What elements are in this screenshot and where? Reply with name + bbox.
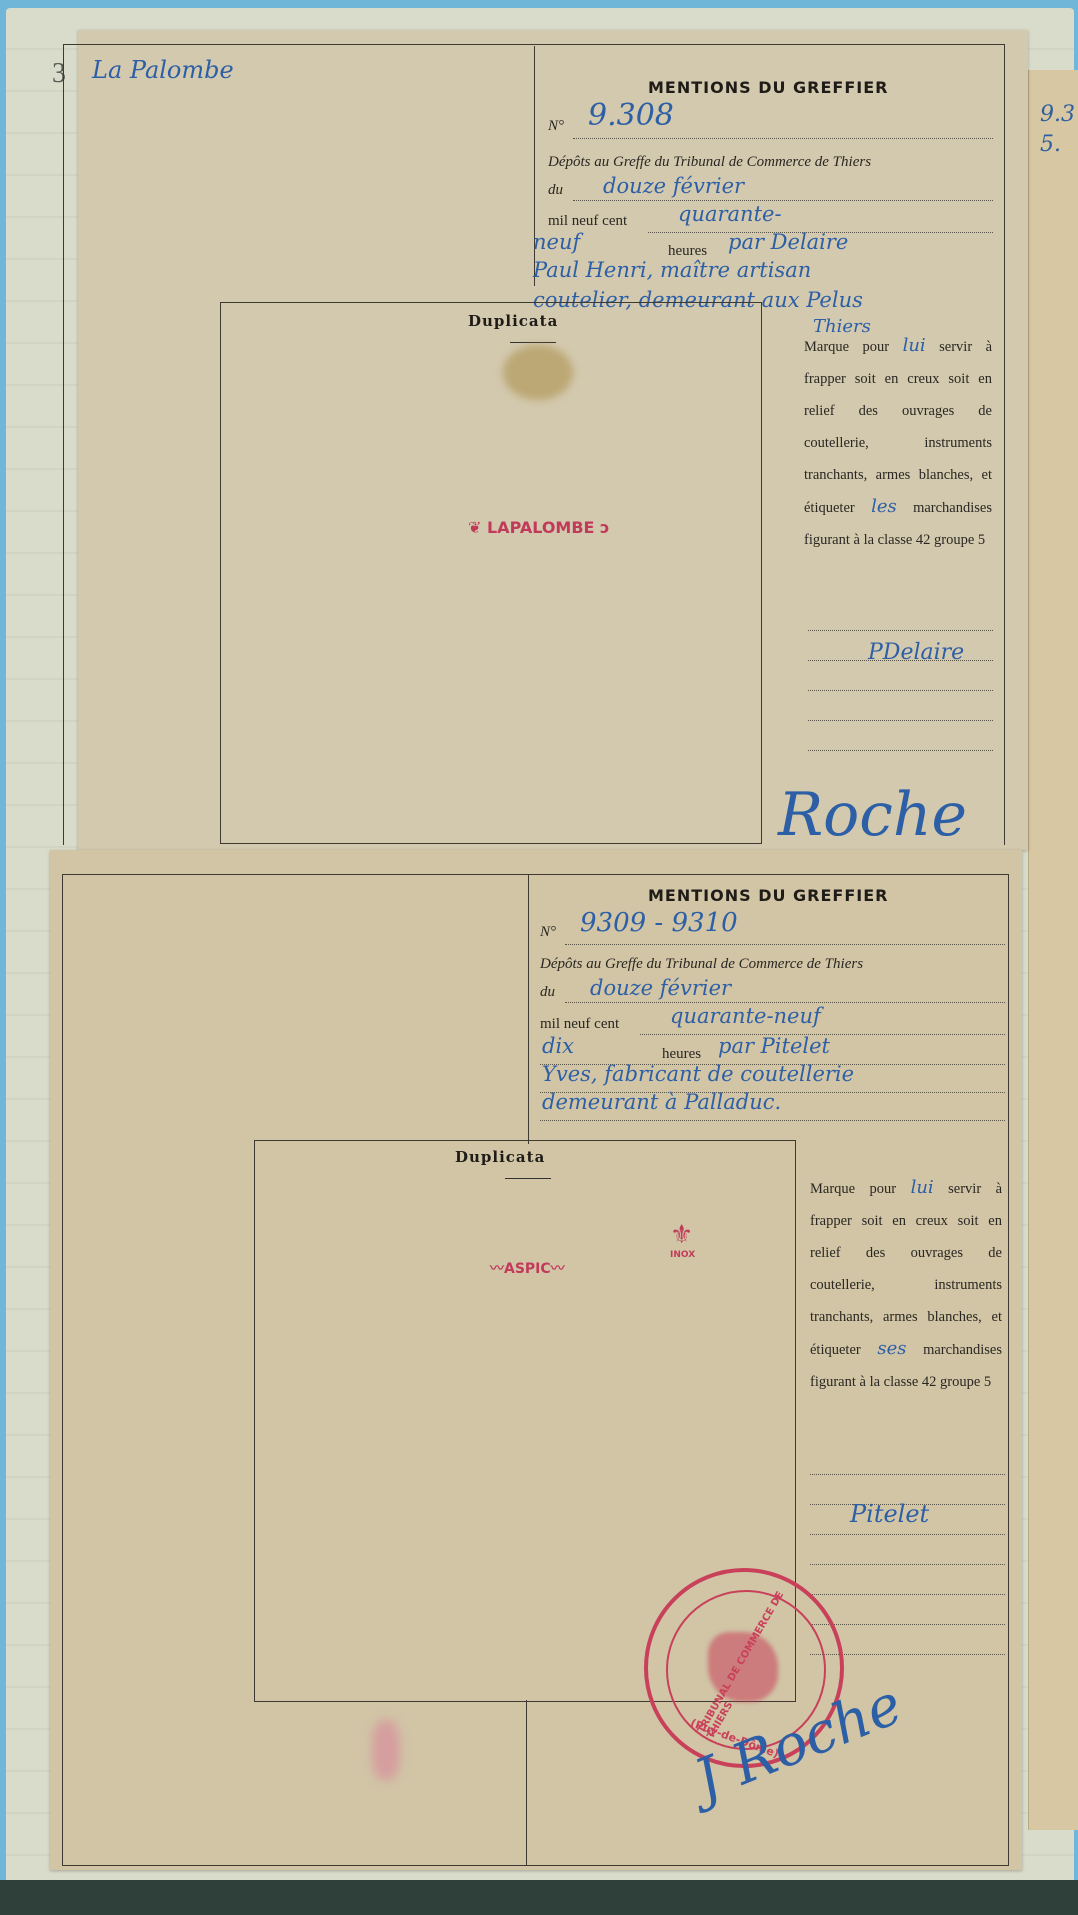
dotted-line bbox=[810, 1534, 1005, 1535]
hours-value: par Delaire bbox=[728, 230, 848, 254]
mentions-heading: MENTIONS DU GREFFIER bbox=[648, 78, 888, 97]
du-label: du bbox=[548, 182, 563, 199]
mark-text: servir à frapper soit en creux soit en r… bbox=[804, 339, 992, 516]
trademark-stamp-monogram: ⚜ INOX bbox=[670, 1220, 695, 1260]
adjacent-card-note: 9.3 5. bbox=[1040, 100, 1078, 160]
stamp-text: LAPALOMBE bbox=[487, 518, 595, 537]
stamp-text: INOX bbox=[670, 1250, 695, 1260]
mark-handwritten: les bbox=[871, 496, 897, 517]
hours-label: heures bbox=[662, 1046, 701, 1063]
dotted-line bbox=[810, 1474, 1005, 1475]
trademark-stamp: ❦ LAPALOMBE ↄ bbox=[468, 518, 610, 537]
hours-value-pre: dix bbox=[542, 1034, 574, 1058]
depositor-address: demeurant à Palladuc. bbox=[542, 1090, 781, 1114]
applicant-signature: PDelaire bbox=[868, 640, 964, 665]
year-value: quarante-neuf bbox=[670, 1004, 821, 1028]
depots-label: Dépôts au Greffe du Tribunal de Commerce… bbox=[540, 956, 863, 973]
seal-emblem bbox=[708, 1632, 778, 1702]
stain bbox=[503, 345, 573, 400]
date-value: douze février bbox=[590, 976, 731, 1000]
registration-number: 9309 - 9310 bbox=[580, 908, 738, 938]
mentions-heading: MENTIONS DU GREFFIER bbox=[648, 886, 888, 905]
date-value: douze février bbox=[603, 174, 744, 198]
mark-text: Marque pour bbox=[804, 339, 889, 355]
year-label: mil neuf cent bbox=[548, 213, 627, 230]
dotted-line bbox=[573, 200, 993, 201]
dotted-line bbox=[565, 944, 1005, 945]
mark-handwritten: lui bbox=[911, 1177, 934, 1198]
dotted-line bbox=[808, 690, 993, 691]
dotted-line bbox=[810, 1594, 1005, 1595]
depositor-name: Yves, fabricant de coutellerie bbox=[542, 1062, 854, 1086]
dotted-line bbox=[808, 720, 993, 721]
dotted-line bbox=[808, 630, 993, 631]
trademark-stamp-aspic: 〰ASPIC〰 bbox=[490, 1258, 565, 1278]
dotted-line bbox=[565, 1002, 1005, 1003]
serpent-icon: 〰 bbox=[551, 1261, 565, 1277]
red-smudge bbox=[372, 1720, 400, 1780]
duplicata-label: Duplicata bbox=[455, 1148, 545, 1166]
mark-handwritten: lui bbox=[903, 335, 926, 356]
dotted-line bbox=[810, 1564, 1005, 1565]
year-label: mil neuf cent bbox=[540, 1016, 619, 1033]
duplicata-box bbox=[220, 302, 762, 844]
monogram-icon: ⚜ bbox=[670, 1220, 693, 1250]
margin-note: La Palombe bbox=[92, 56, 234, 84]
dotted-line bbox=[540, 1120, 1005, 1121]
year-value: quarante- bbox=[678, 202, 782, 226]
mark-description: Marque pour lui servir à frapper soit en… bbox=[804, 330, 992, 556]
mark-text: Marque pour bbox=[810, 1181, 896, 1197]
registration-card-1: La Palombe MENTIONS DU GREFFIER N° 9.308… bbox=[78, 30, 1028, 850]
rule bbox=[505, 1178, 551, 1179]
serpent-icon: 〰 bbox=[490, 1261, 504, 1277]
hours-value: par Pitelet bbox=[718, 1034, 830, 1058]
mark-text: servir à frapper soit en creux soit en r… bbox=[810, 1181, 1002, 1358]
stamp-emblem-icon: ❦ bbox=[468, 518, 487, 537]
registration-card-2: MENTIONS DU GREFFIER N° 9309 - 9310 Dépô… bbox=[50, 850, 1022, 1870]
stamp-emblem-icon: ↄ bbox=[594, 518, 609, 537]
number-label: N° bbox=[548, 118, 564, 135]
adjacent-card-edge bbox=[1028, 70, 1078, 1830]
stamp-text: ASPIC bbox=[504, 1261, 551, 1277]
dotted-line bbox=[573, 138, 993, 139]
applicant-signature: Pitelet bbox=[850, 1500, 929, 1528]
number-label: N° bbox=[540, 924, 556, 941]
divider bbox=[526, 1700, 527, 1865]
year-value-cont: neuf bbox=[533, 230, 580, 254]
greffier-signature: Roche bbox=[778, 780, 967, 850]
depots-label: Dépôts au Greffe du Tribunal de Commerce… bbox=[548, 154, 871, 171]
rule bbox=[510, 342, 556, 343]
depositor-name: Paul Henri, maître artisan bbox=[533, 258, 811, 282]
mark-description: Marque pour lui servir à frapper soit en… bbox=[810, 1172, 1002, 1398]
duplicata-label: Duplicata bbox=[468, 312, 558, 330]
dotted-line bbox=[808, 750, 993, 751]
divider bbox=[528, 874, 529, 1144]
registration-number: 9.308 bbox=[588, 98, 674, 133]
dotted-line bbox=[810, 1624, 1005, 1625]
du-label: du bbox=[540, 984, 555, 1001]
mark-handwritten: ses bbox=[877, 1338, 906, 1359]
table-surface bbox=[0, 1880, 1078, 1915]
